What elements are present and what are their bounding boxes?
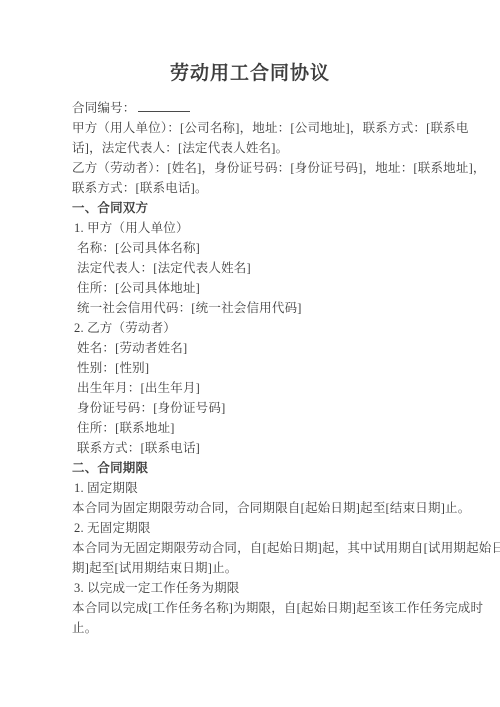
doc-line-text: 3. 以完成一定工作任务为期限 — [74, 581, 240, 595]
doc-line-text: 1. 固定期限 — [74, 481, 138, 495]
doc-line: 出生年月：[出生年月] — [72, 378, 432, 398]
doc-line: 合同编号： — [72, 98, 432, 118]
doc-line: 联系方式：[联系电话] — [72, 438, 432, 458]
document-title: 劳动用工合同协议 — [0, 58, 500, 85]
doc-line: 本合同以完成[工作任务名称]为期限，自[起始日期]起至该工作任务完成时 — [72, 598, 432, 618]
doc-line-text: 联系方式：[联系电话]。 — [72, 181, 208, 195]
doc-line: 统一社会信用代码：[统一社会信用代码] — [72, 298, 432, 318]
doc-line: 乙方（劳动者）：[姓名]，身份证号码：[身份证号码]，地址：[联系地址]， — [72, 158, 432, 178]
doc-line-text: 姓名：[劳动者姓名] — [77, 341, 187, 355]
doc-line: 2. 乙方（劳动者） — [72, 318, 432, 338]
doc-line-text: 出生年月：[出生年月] — [77, 381, 200, 395]
doc-line-text: 住所：[公司具体地址] — [77, 281, 200, 295]
doc-line-text: 统一社会信用代码：[统一社会信用代码] — [77, 301, 302, 315]
doc-line: 联系方式：[联系电话]。 — [72, 178, 432, 198]
doc-line-text: 止。 — [72, 621, 97, 635]
doc-line-text: 乙方（劳动者）：[姓名]，身份证号码：[身份证号码]，地址：[联系地址]， — [72, 161, 486, 175]
doc-line: 姓名：[劳动者姓名] — [72, 338, 432, 358]
doc-line-text: 2. 乙方（劳动者） — [74, 321, 176, 335]
doc-line-text: 1. 甲方（用人单位） — [74, 221, 189, 235]
doc-line: 法定代表人：[法定代表人姓名] — [72, 258, 432, 278]
contract-document-page: 劳动用工合同协议 合同编号：甲方（用人单位）：[公司名称]，地址：[公司地址]，… — [0, 0, 500, 707]
doc-line: 住所：[公司具体地址] — [72, 278, 432, 298]
doc-line-text: 本合同以完成[工作任务名称]为期限，自[起始日期]起至该工作任务完成时 — [72, 601, 483, 615]
doc-line-text: 本合同为无固定期限劳动合同，自[起始日期]起，其中试用期自[试用期起始日 — [72, 541, 500, 555]
doc-line: 本合同为固定期限劳动合同，合同期限自[起始日期]起至[结束日期]止。 — [72, 498, 432, 518]
doc-line: 1. 甲方（用人单位） — [72, 218, 432, 238]
doc-line-text: 期]起至[试用期结束日期]止。 — [72, 561, 238, 575]
doc-line-text: 合同编号： — [72, 101, 136, 115]
doc-line: 期]起至[试用期结束日期]止。 — [72, 558, 432, 578]
doc-line: 名称：[公司具体名称] — [72, 238, 432, 258]
doc-line-text: 法定代表人：[法定代表人姓名] — [77, 261, 251, 275]
doc-line-text: 性别：[性别] — [77, 361, 149, 375]
document-lines: 合同编号：甲方（用人单位）：[公司名称]，地址：[公司地址]，联系方式：[联系电… — [72, 98, 432, 638]
doc-line-text: 身份证号码：[身份证号码] — [77, 401, 225, 415]
doc-line: 止。 — [72, 618, 432, 638]
doc-line-text: 住所：[联系地址] — [77, 421, 175, 435]
doc-line: 二、合同期限 — [72, 458, 432, 478]
doc-line-text: 二、合同期限 — [72, 461, 148, 475]
doc-line: 话]，法定代表人：[法定代表人姓名]。 — [72, 138, 432, 158]
doc-line-text: 一、合同双方 — [72, 201, 148, 215]
doc-line: 本合同为无固定期限劳动合同，自[起始日期]起，其中试用期自[试用期起始日 — [72, 538, 432, 558]
doc-line: 3. 以完成一定工作任务为期限 — [72, 578, 432, 598]
doc-line-text: 本合同为固定期限劳动合同，合同期限自[起始日期]起至[结束日期]止。 — [72, 501, 470, 515]
contract-number-blank-line — [138, 99, 190, 112]
doc-line: 甲方（用人单位）：[公司名称]，地址：[公司地址]，联系方式：[联系电 — [72, 118, 432, 138]
doc-line: 住所：[联系地址] — [72, 418, 432, 438]
doc-line: 性别：[性别] — [72, 358, 432, 378]
doc-line: 2. 无固定期限 — [72, 518, 432, 538]
doc-line-text: 联系方式：[联系电话] — [77, 441, 200, 455]
doc-line: 1. 固定期限 — [72, 478, 432, 498]
doc-line-text: 甲方（用人单位）：[公司名称]，地址：[公司地址]，联系方式：[联系电 — [72, 121, 469, 135]
doc-line-text: 2. 无固定期限 — [74, 521, 151, 535]
doc-line: 身份证号码：[身份证号码] — [72, 398, 432, 418]
doc-line-text: 名称：[公司具体名称] — [77, 241, 200, 255]
doc-line-text: 话]，法定代表人：[法定代表人姓名]。 — [72, 141, 288, 155]
doc-line: 一、合同双方 — [72, 198, 432, 218]
